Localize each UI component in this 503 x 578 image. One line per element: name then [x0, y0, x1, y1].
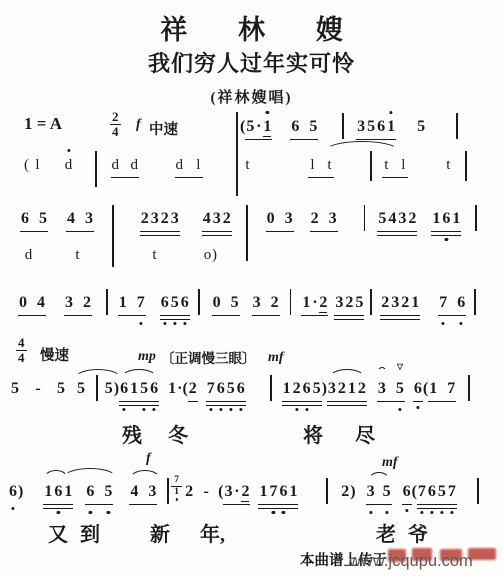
note-digit: 7: [136, 293, 146, 313]
tempo-moderato: 中速: [149, 118, 178, 139]
note: 7: [438, 293, 448, 313]
note-digit: 5: [139, 379, 149, 399]
beam-group: 05: [212, 293, 240, 316]
octave-dot-below: [430, 511, 433, 514]
beam-group: 7657: [417, 482, 457, 505]
note: 2: [140, 209, 150, 229]
grace-top: 7: [171, 475, 182, 487]
note-digit: 2: [357, 379, 367, 399]
note-digit: 2: [184, 482, 194, 502]
spacer: [108, 293, 118, 294]
note: t: [73, 245, 82, 265]
note: 1: [428, 379, 438, 399]
slur-icon: [121, 369, 157, 378]
spacer: [86, 379, 96, 380]
lyric-char: 残: [122, 419, 142, 448]
spacer: [30, 209, 38, 210]
spacer: [190, 293, 198, 294]
spacer: [276, 209, 284, 210]
octave-dot-above: [266, 111, 269, 114]
note: 7: [447, 482, 457, 502]
note-digit: 6: [8, 482, 18, 502]
spacer: [222, 293, 230, 294]
spacer: [356, 482, 366, 483]
text-token: ): [18, 482, 23, 502]
note: 1: [167, 379, 177, 399]
dynamic-mp: mp: [138, 349, 156, 365]
note: 5: [308, 117, 318, 137]
tempo-slow: 慢速: [40, 344, 69, 365]
note: 6: [278, 482, 288, 502]
dynamic-f: f: [146, 451, 151, 467]
spacer: [92, 293, 106, 294]
note: t: [325, 155, 334, 175]
beam-group: 5·1: [245, 117, 272, 140]
beam-group: 1·2: [301, 293, 328, 316]
note-digit: l: [194, 155, 203, 175]
beam-group: dl: [175, 155, 203, 178]
note: 3: [223, 482, 233, 502]
octave-dot-below: [143, 408, 146, 411]
note-digit: 5: [245, 117, 255, 137]
note: 1: [410, 293, 420, 313]
spacer: [28, 293, 36, 294]
barline: [468, 375, 470, 401]
note: t: [243, 155, 252, 175]
note-digit: 3: [356, 117, 366, 137]
spacer: [391, 155, 399, 156]
spacer: [392, 482, 402, 483]
grace-note: 71: [169, 475, 184, 498]
note-digit: 7: [417, 482, 427, 502]
note: 2: [310, 209, 320, 229]
note: 5: [38, 209, 48, 229]
dynamic-mf: mf: [268, 350, 284, 366]
note: 3: [327, 379, 337, 399]
slur-group: 35: [366, 482, 392, 505]
note-digit: 4: [36, 293, 46, 313]
notation-line: 6)1616543712-(3·217612)356(7657: [8, 482, 479, 505]
slur-icon: [329, 369, 365, 378]
spacer: [139, 482, 147, 483]
note: 1: [301, 293, 311, 313]
note: d: [64, 155, 73, 175]
spacer: [344, 117, 356, 118]
note-digit: 5: [56, 379, 66, 399]
note-digit: 5: [395, 379, 405, 399]
note-digit: 1: [301, 293, 311, 313]
spacer: [457, 482, 477, 483]
octave-dot-below: [173, 322, 176, 325]
note-digit: 3: [366, 482, 376, 502]
notation-line: dtto): [24, 245, 217, 265]
note-digit: 2: [400, 293, 410, 313]
note: 5: [139, 379, 149, 399]
note-digit: 6: [402, 482, 412, 502]
note-digit: 2: [344, 293, 354, 313]
note-digit: 6: [236, 379, 246, 399]
note-digit: 4: [387, 209, 397, 229]
lyric-char: 年,: [200, 518, 225, 547]
octave-dot-below: [420, 511, 423, 514]
beam-group: 1761: [258, 482, 298, 505]
note-digit: 1: [129, 379, 139, 399]
beam-group: 3212: [327, 379, 367, 402]
spacer: [114, 209, 140, 210]
spacer: [180, 209, 202, 210]
spacer: [438, 379, 446, 380]
lyric-char: 爷: [408, 518, 428, 547]
notation-line: tlttlt: [243, 155, 467, 181]
spacer: [128, 293, 136, 294]
beam-group: 7656: [206, 379, 246, 402]
note: 5: [226, 379, 236, 399]
beam-group: 17: [428, 379, 456, 402]
note: 1: [118, 293, 128, 313]
spacer: [317, 155, 325, 156]
note: 5: [366, 117, 376, 137]
note-digit: 1: [43, 482, 53, 502]
note: 7: [206, 379, 216, 399]
barline: [456, 113, 458, 139]
note: 6: [441, 209, 451, 229]
note: 2: [407, 209, 417, 229]
spacer: [294, 209, 310, 210]
note-digit: 5: [230, 293, 240, 313]
spacer: [198, 379, 206, 380]
note-digit: t: [444, 155, 453, 175]
note: 2: [380, 293, 390, 313]
barline: [465, 151, 467, 181]
note-digit: 1: [167, 379, 177, 399]
beam-group: 76: [438, 293, 466, 316]
note-digit: 0: [266, 209, 276, 229]
spacer: [448, 293, 456, 294]
note: 6: [53, 482, 63, 502]
note: 5: [354, 293, 364, 313]
tie-slur-icon: [63, 468, 117, 478]
spacer: [461, 209, 475, 210]
note-digit: 1: [63, 482, 73, 502]
note-digit: 1: [431, 209, 441, 229]
note-digit: 1: [451, 209, 461, 229]
note: 6: [290, 117, 300, 137]
note: 3: [212, 209, 222, 229]
note: 3: [284, 209, 294, 229]
spacer: [246, 379, 270, 380]
note-digit: 6: [427, 482, 437, 502]
note-digit: 3: [64, 293, 74, 313]
note: 2: [344, 293, 354, 313]
octave-dot-below: [369, 511, 372, 514]
notation-line: (5·16535615: [240, 117, 458, 140]
spacer: [139, 155, 175, 156]
note: 6: [119, 379, 129, 399]
spacer: [76, 209, 84, 210]
note-digit: 5: [10, 379, 20, 399]
note: 6: [456, 293, 466, 313]
spacer: [453, 155, 465, 156]
note: 6: [85, 482, 95, 502]
spacer: [405, 379, 413, 380]
lyric-char: 冬: [168, 419, 188, 448]
spacer: [240, 293, 252, 294]
note-digit: 6: [119, 379, 129, 399]
note: l: [308, 155, 317, 175]
note: t: [150, 245, 159, 265]
octave-dot-below: [11, 507, 14, 510]
note-digit: 7: [268, 482, 278, 502]
spacer: [466, 293, 474, 294]
note-digit: 3: [377, 379, 387, 399]
note: 5: [76, 379, 86, 399]
spacer: [262, 293, 270, 294]
octave-dot-below: [183, 322, 186, 325]
note: 3: [252, 293, 262, 313]
time-sig-numerator: 2: [110, 110, 121, 125]
note: 1: [386, 117, 396, 137]
beam-group: tl: [382, 155, 408, 178]
note: 3: [150, 209, 160, 229]
ornament-triangle-icon: ▽: [397, 363, 403, 371]
note: 6: [402, 482, 412, 505]
beam-group: 32: [252, 293, 280, 316]
octave-dot-above: [67, 149, 70, 152]
note-digit: 1: [258, 482, 268, 502]
octave-dot-below: [305, 408, 308, 411]
octave-dot-below: [123, 408, 126, 411]
system-barline: [236, 112, 238, 196]
note-digit: 0: [18, 293, 28, 313]
note: 3: [170, 209, 180, 229]
note: 2: [400, 293, 410, 313]
note: 5: [56, 379, 66, 399]
note: 5: [103, 482, 113, 502]
note-digit: 5: [38, 209, 48, 229]
note: 4: [202, 209, 212, 229]
spacer: [272, 117, 290, 118]
note: 3: [328, 209, 338, 229]
note: t: [382, 155, 391, 175]
octave-dot-below: [416, 406, 419, 409]
spacer: [120, 155, 130, 156]
notation-line: (lddddl: [24, 155, 203, 187]
octave-dot-below: [385, 511, 388, 514]
octave-dot-below: [450, 511, 453, 514]
beam-group: 2323: [140, 209, 180, 232]
spacer: [159, 245, 203, 246]
note-digit: 3: [84, 209, 94, 229]
octave-dot-below: [219, 408, 222, 411]
note-digit: 1: [386, 117, 396, 137]
octave-dot-below: [398, 408, 401, 411]
note: 1: [262, 117, 272, 137]
note-digit: 2: [240, 482, 250, 502]
octave-dot-below: [57, 511, 60, 514]
spacer: [417, 209, 431, 210]
note-digit: 3: [334, 293, 344, 313]
beam-group: 43: [66, 209, 94, 232]
note: 3: [366, 482, 376, 502]
beam-group: 2321: [380, 293, 420, 316]
text-token: ): [350, 482, 355, 502]
beam-group: 04: [18, 293, 46, 316]
beam-group: 325: [334, 293, 364, 316]
note-digit: o: [203, 245, 212, 265]
lyric-char: 将: [303, 419, 323, 448]
note: 1: [451, 209, 461, 229]
octave-dot-below: [89, 511, 92, 514]
note-digit: 6: [376, 117, 386, 137]
note-digit: 7: [438, 293, 448, 313]
barline: [95, 151, 97, 187]
spacer: [48, 209, 66, 210]
note-digit: t: [243, 155, 252, 175]
note: 4: [387, 209, 397, 229]
note-digit: 2: [188, 379, 198, 399]
note-digit: 2: [318, 293, 328, 313]
spacer: [248, 209, 266, 210]
beam-group: 3561: [356, 117, 396, 140]
text-token: ·: [311, 293, 318, 313]
note-digit: 2: [292, 379, 302, 399]
note: 5: [10, 379, 20, 399]
note-digit: d: [64, 155, 73, 175]
spacer: [73, 155, 95, 156]
note: 3: [64, 293, 74, 313]
note: 5: [382, 482, 392, 502]
spacer: [396, 117, 416, 118]
note: 7: [136, 293, 146, 313]
note-digit: 2: [407, 209, 417, 229]
note-digit: 3: [397, 209, 407, 229]
note: 2: [184, 482, 194, 502]
text-token: -: [32, 379, 44, 399]
note-digit: 5: [76, 379, 86, 399]
octave-dot-below: [460, 322, 463, 325]
note: 3: [390, 293, 400, 313]
beam-group: 161: [431, 209, 461, 232]
spacer: [318, 117, 342, 118]
note: 2: [188, 379, 198, 402]
note-digit: 1: [262, 117, 272, 137]
note: 4: [66, 209, 76, 229]
song-subtitle: 我们穷人过年实可怜: [0, 47, 503, 78]
note: 5: [377, 209, 387, 229]
note: 3: [334, 293, 344, 313]
dynamic-mf: mf: [382, 455, 398, 471]
spacer: [94, 209, 112, 210]
note-digit: 3: [252, 293, 262, 313]
note-digit: 6: [216, 379, 226, 399]
beam-group: 3·2: [223, 482, 250, 505]
note: 4: [129, 482, 139, 502]
tie-slur-icon: [325, 141, 399, 151]
spacer: [146, 293, 160, 294]
note: 2: [318, 293, 328, 313]
note: 2: [82, 293, 92, 313]
note-digit: 4: [129, 482, 139, 502]
note: 6: [236, 379, 246, 399]
octave-dot-below: [139, 322, 142, 325]
beam-group: dd: [111, 155, 139, 178]
note: 1: [63, 482, 73, 502]
note-digit: 1: [282, 379, 292, 399]
note-digit: l: [33, 155, 42, 175]
note-digit: d: [24, 245, 33, 265]
barline: [474, 289, 476, 315]
spacer: [300, 117, 308, 118]
spacer: [365, 209, 377, 210]
spacer: [73, 482, 85, 483]
note-digit: 5: [382, 482, 392, 502]
octave-dot-below: [229, 408, 232, 411]
spacer: [46, 293, 64, 294]
beam-group: 432: [202, 209, 232, 232]
note: 6: [149, 379, 159, 399]
note: 7: [446, 379, 456, 399]
spacer: [372, 155, 382, 156]
note-digit: 3: [150, 209, 160, 229]
note: d: [111, 155, 120, 175]
note-digit: 1: [288, 482, 298, 502]
note: 3: [147, 482, 157, 502]
note-digit: 5: [226, 379, 236, 399]
note-digit: 7: [206, 379, 216, 399]
grace-bottom: 1: [174, 487, 179, 498]
tie-slur-icon: [129, 470, 161, 480]
text-token: ): [212, 245, 217, 265]
time-sig-denominator: 4: [18, 351, 25, 365]
spacer: [387, 379, 395, 380]
time-sig-denominator: 4: [112, 125, 119, 139]
note-digit: 5: [104, 379, 114, 399]
note-digit: 3: [170, 209, 180, 229]
spacer: [113, 482, 129, 483]
note: 5: [416, 117, 426, 137]
note-digit: 5: [312, 379, 322, 399]
note-digit: 3: [223, 482, 233, 502]
spacer: [157, 482, 167, 483]
note: 6: [160, 293, 170, 313]
note-digit: 5: [354, 293, 364, 313]
spacer: [44, 379, 56, 380]
beam-group: 17: [118, 293, 146, 316]
note: 3: [377, 379, 387, 399]
sheet-music-page: 祥 林 嫂 我们穷人过年实可怜 (祥林嫂唱) (5·16535615(ldddd…: [0, 0, 503, 578]
note-digit: 5: [170, 293, 180, 313]
beam-group: 35: [366, 482, 392, 505]
note: 1: [347, 379, 357, 399]
beam-group: 6156: [119, 379, 159, 402]
note-digit: 5: [366, 117, 376, 137]
spacer: [280, 293, 290, 294]
note: l: [399, 155, 408, 175]
note-digit: 7: [447, 482, 457, 502]
note: 6: [427, 482, 437, 502]
spacer: [334, 155, 370, 156]
octave-dot-below: [295, 408, 298, 411]
barline: [477, 478, 479, 504]
note-digit: 2: [82, 293, 92, 313]
note: l: [33, 155, 42, 175]
spacer: [95, 482, 103, 483]
note: o: [203, 245, 212, 265]
time-sig-numerator: 4: [16, 336, 27, 351]
beam-group: 1265: [282, 379, 322, 402]
note: 6: [20, 209, 30, 229]
spacer: [367, 379, 377, 380]
